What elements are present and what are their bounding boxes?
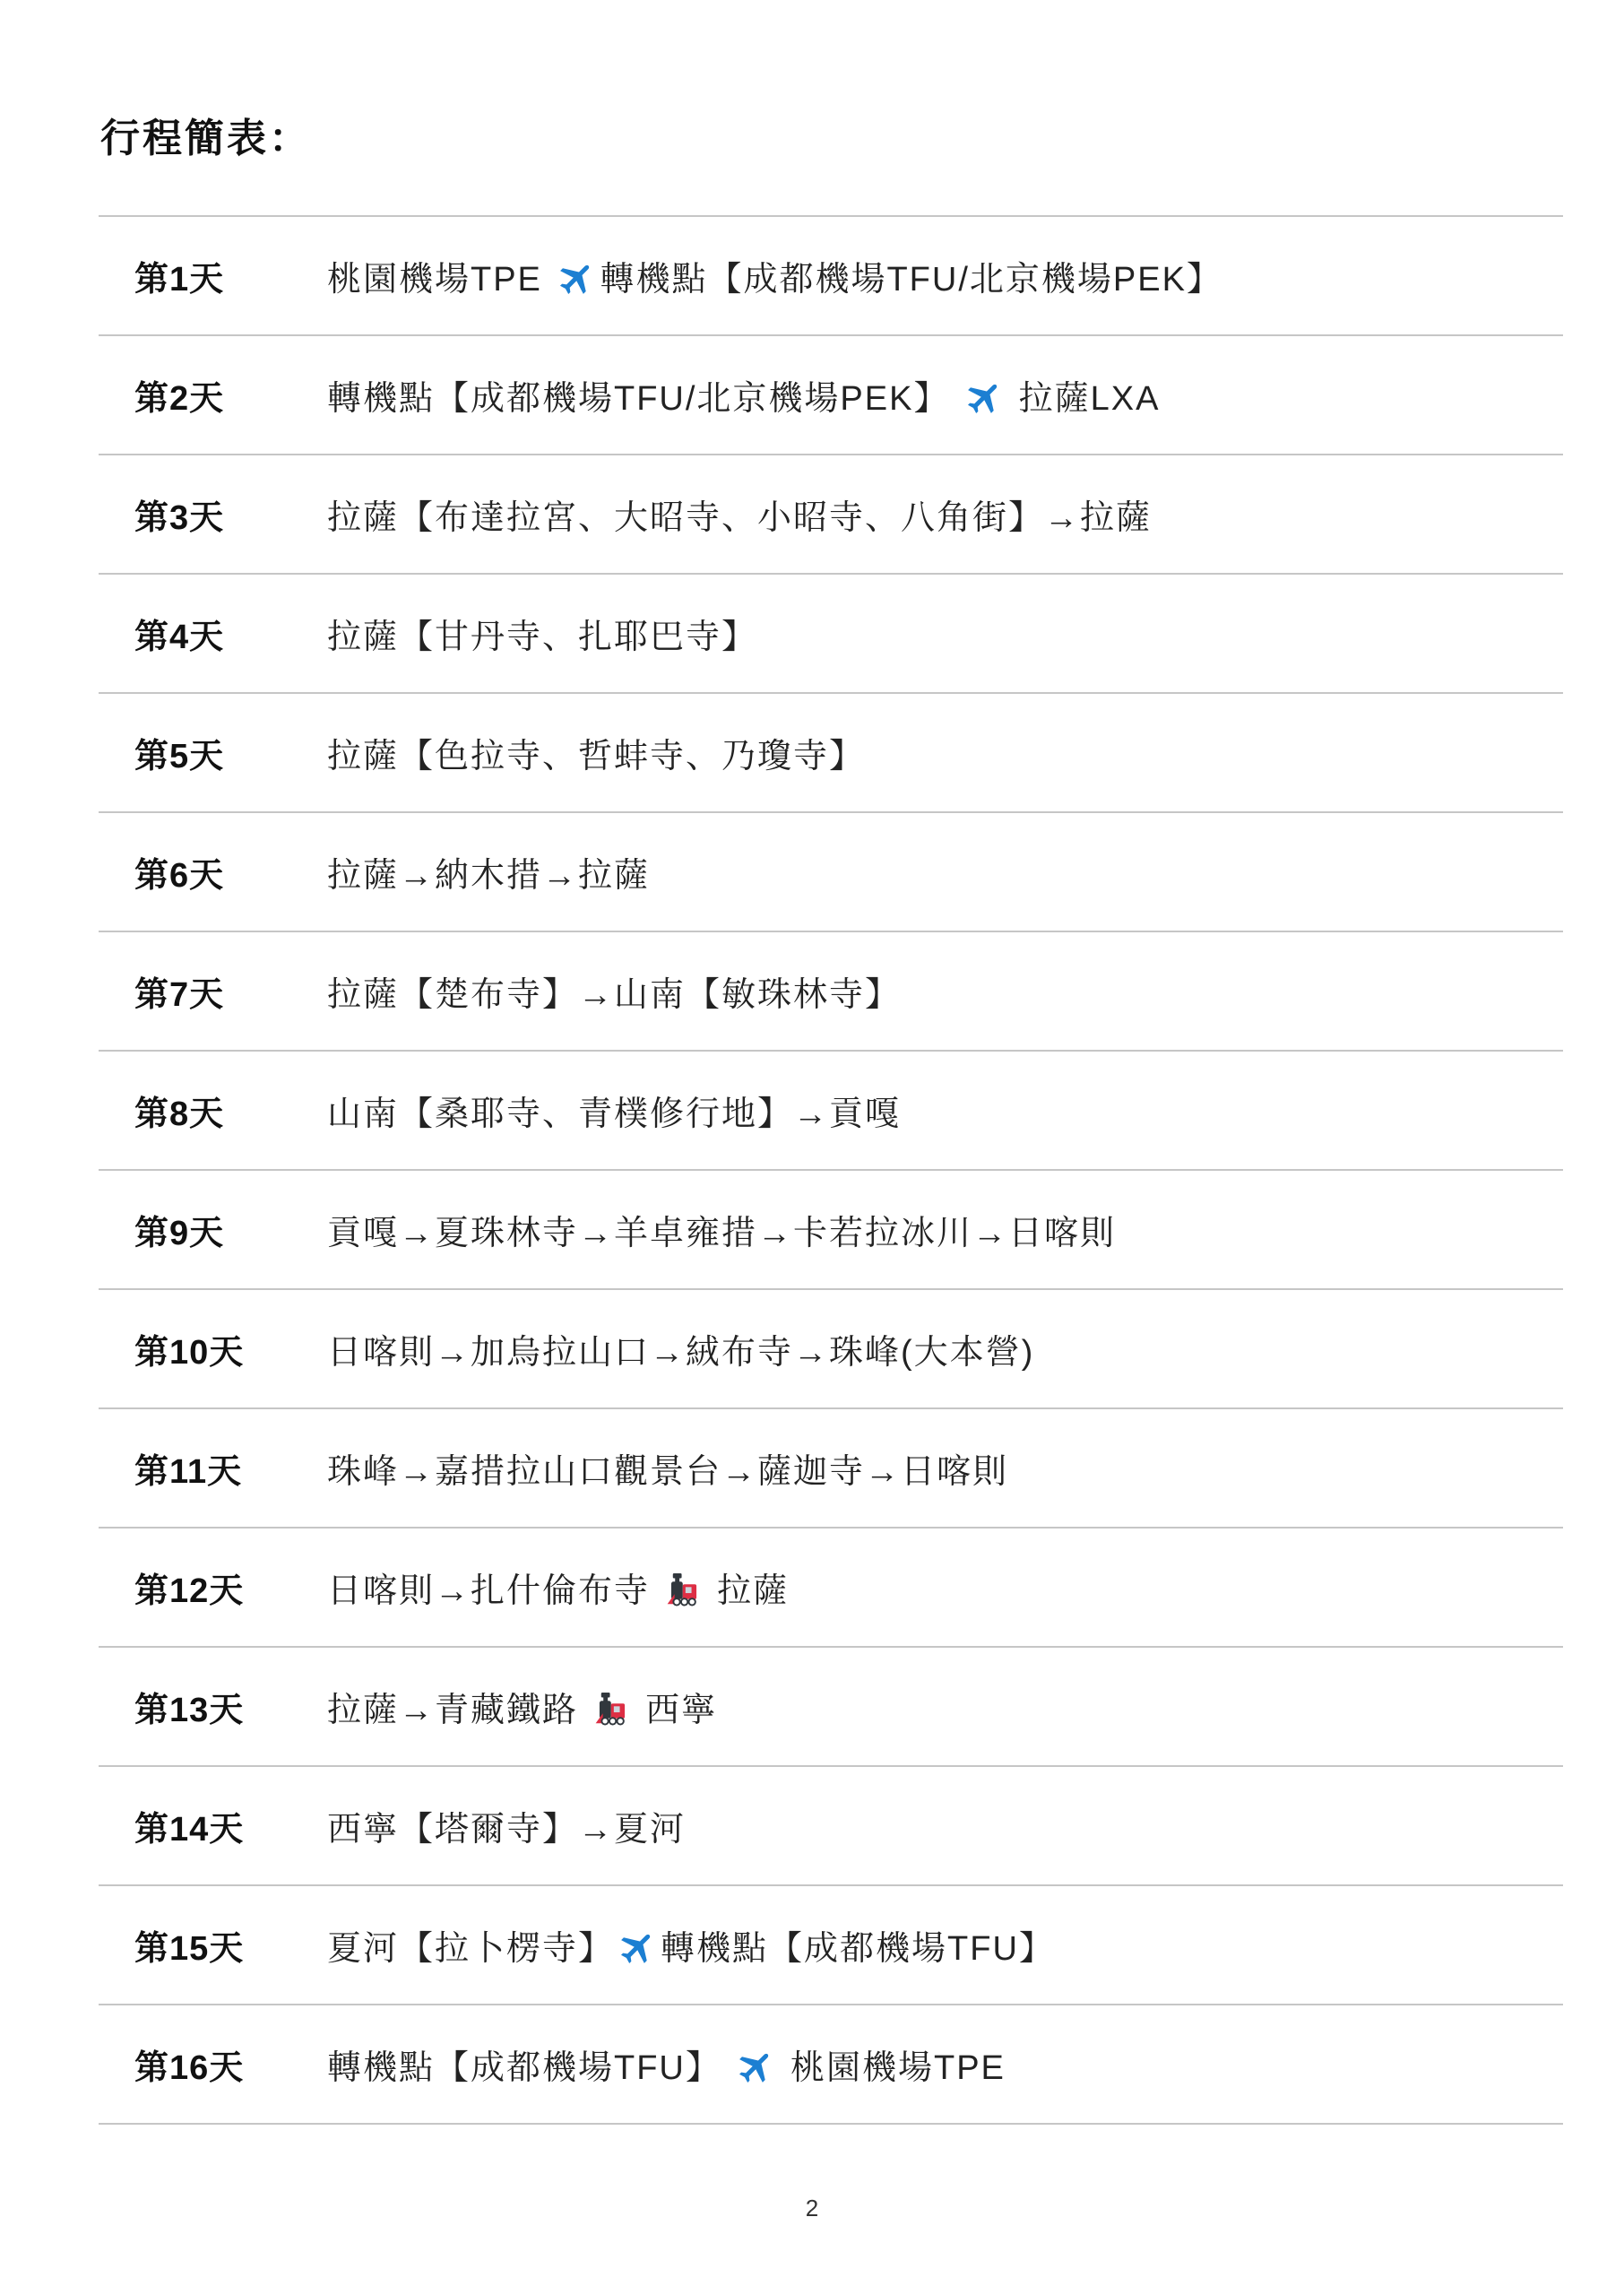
- itinerary-row: 第10天日喀則→加烏拉山口→絨布寺→珠峰(大本營): [99, 1290, 1563, 1409]
- day-label: 第1天: [99, 251, 327, 300]
- day-label: 第16天: [99, 2040, 327, 2089]
- itinerary-row: 第4天拉薩【甘丹寺、扎耶巴寺】: [99, 575, 1563, 694]
- itinerary-row: 第13天拉薩→青藏鐵路 西寧: [99, 1648, 1563, 1767]
- day-label: 第9天: [99, 1205, 327, 1254]
- route-text: 珠峰→嘉措拉山口觀景台→薩迦寺→日喀則: [327, 1443, 1563, 1493]
- itinerary-row: 第8天山南【桑耶寺、青樸修行地】→貢嘎: [99, 1052, 1563, 1171]
- route-text: 日喀則→加烏拉山口→絨布寺→珠峰(大本營): [327, 1324, 1563, 1373]
- itinerary-row: 第14天西寧【塔爾寺】→夏河: [99, 1767, 1563, 1886]
- route-text: 西寧【塔爾寺】→夏河: [327, 1801, 1563, 1850]
- page-title: 行程簡表：: [100, 106, 1563, 163]
- route-text: 轉機點【成都機場TFU】 桃園機場TPE: [327, 2040, 1563, 2089]
- day-label: 第4天: [99, 609, 327, 658]
- day-label: 第14天: [99, 1801, 327, 1850]
- locomotive-icon: [664, 1571, 704, 1610]
- itinerary-row: 第2天轉機點【成都機場TFU/北京機場PEK】 拉薩LXA: [99, 336, 1563, 455]
- route-text: 拉薩【甘丹寺、扎耶巴寺】: [327, 609, 1563, 658]
- route-text: 拉薩【布達拉宮、大昭寺、小昭寺、八角街】→拉薩: [327, 489, 1563, 539]
- route-text: 拉薩→納木措→拉薩: [327, 847, 1563, 896]
- route-text: 拉薩【色拉寺、哲蚌寺、乃瓊寺】: [327, 728, 1563, 777]
- itinerary-row: 第16天轉機點【成都機場TFU】 桃園機場TPE: [99, 2005, 1563, 2125]
- route-text: 貢嘎→夏珠林寺→羊卓雍措→卡若拉冰川→日喀則: [327, 1205, 1563, 1254]
- itinerary-row: 第7天拉薩【楚布寺】→山南【敏珠林寺】: [99, 932, 1563, 1052]
- route-text: 拉薩→青藏鐵路 西寧: [327, 1682, 1563, 1731]
- itinerary-row: 第3天拉薩【布達拉宮、大昭寺、小昭寺、八角街】→拉薩: [99, 455, 1563, 575]
- route-text: 桃園機場TPE 轉機點【成都機場TFU/北京機場PEK】: [327, 251, 1563, 300]
- day-label: 第3天: [99, 489, 327, 539]
- itinerary-row: 第1天桃園機場TPE 轉機點【成都機場TFU/北京機場PEK】: [99, 217, 1563, 336]
- day-label: 第5天: [99, 728, 327, 777]
- day-label: 第6天: [99, 847, 327, 896]
- itinerary-row: 第6天拉薩→納木措→拉薩: [99, 813, 1563, 932]
- itinerary-row: 第11天珠峰→嘉措拉山口觀景台→薩迦寺→日喀則: [99, 1409, 1563, 1529]
- itinerary-row: 第12天日喀則→扎什倫布寺 拉薩: [99, 1529, 1563, 1648]
- route-text: 轉機點【成都機場TFU/北京機場PEK】 拉薩LXA: [327, 370, 1563, 420]
- day-label: 第11天: [99, 1443, 327, 1493]
- airplane-icon: [727, 2037, 785, 2095]
- day-label: 第13天: [99, 1682, 327, 1731]
- day-label: 第15天: [99, 1920, 327, 1970]
- airplane-icon: [608, 1918, 666, 1976]
- day-label: 第2天: [99, 370, 327, 420]
- airplane-icon: [548, 248, 606, 307]
- locomotive-icon: [592, 1690, 632, 1729]
- day-label: 第7天: [99, 966, 327, 1016]
- day-label: 第12天: [99, 1563, 327, 1612]
- itinerary-row: 第15天夏河【拉卜楞寺】轉機點【成都機場TFU】: [99, 1886, 1563, 2005]
- itinerary-row: 第5天拉薩【色拉寺、哲蚌寺、乃瓊寺】: [99, 694, 1563, 813]
- route-text: 夏河【拉卜楞寺】轉機點【成都機場TFU】: [327, 1920, 1563, 1970]
- day-label: 第10天: [99, 1324, 327, 1373]
- itinerary-table: 第1天桃園機場TPE 轉機點【成都機場TFU/北京機場PEK】第2天轉機點【成都…: [99, 215, 1563, 2125]
- route-text: 山南【桑耶寺、青樸修行地】→貢嘎: [327, 1086, 1563, 1135]
- page-number: 2: [0, 2195, 1624, 2222]
- itinerary-document: 行程簡表： 第1天桃園機場TPE 轉機點【成都機場TFU/北京機場PEK】第2天…: [0, 0, 1624, 2125]
- airplane-icon: [955, 368, 1014, 426]
- route-text: 拉薩【楚布寺】→山南【敏珠林寺】: [327, 966, 1563, 1016]
- route-text: 日喀則→扎什倫布寺 拉薩: [327, 1563, 1563, 1612]
- day-label: 第8天: [99, 1086, 327, 1135]
- itinerary-row: 第9天貢嘎→夏珠林寺→羊卓雍措→卡若拉冰川→日喀則: [99, 1171, 1563, 1290]
